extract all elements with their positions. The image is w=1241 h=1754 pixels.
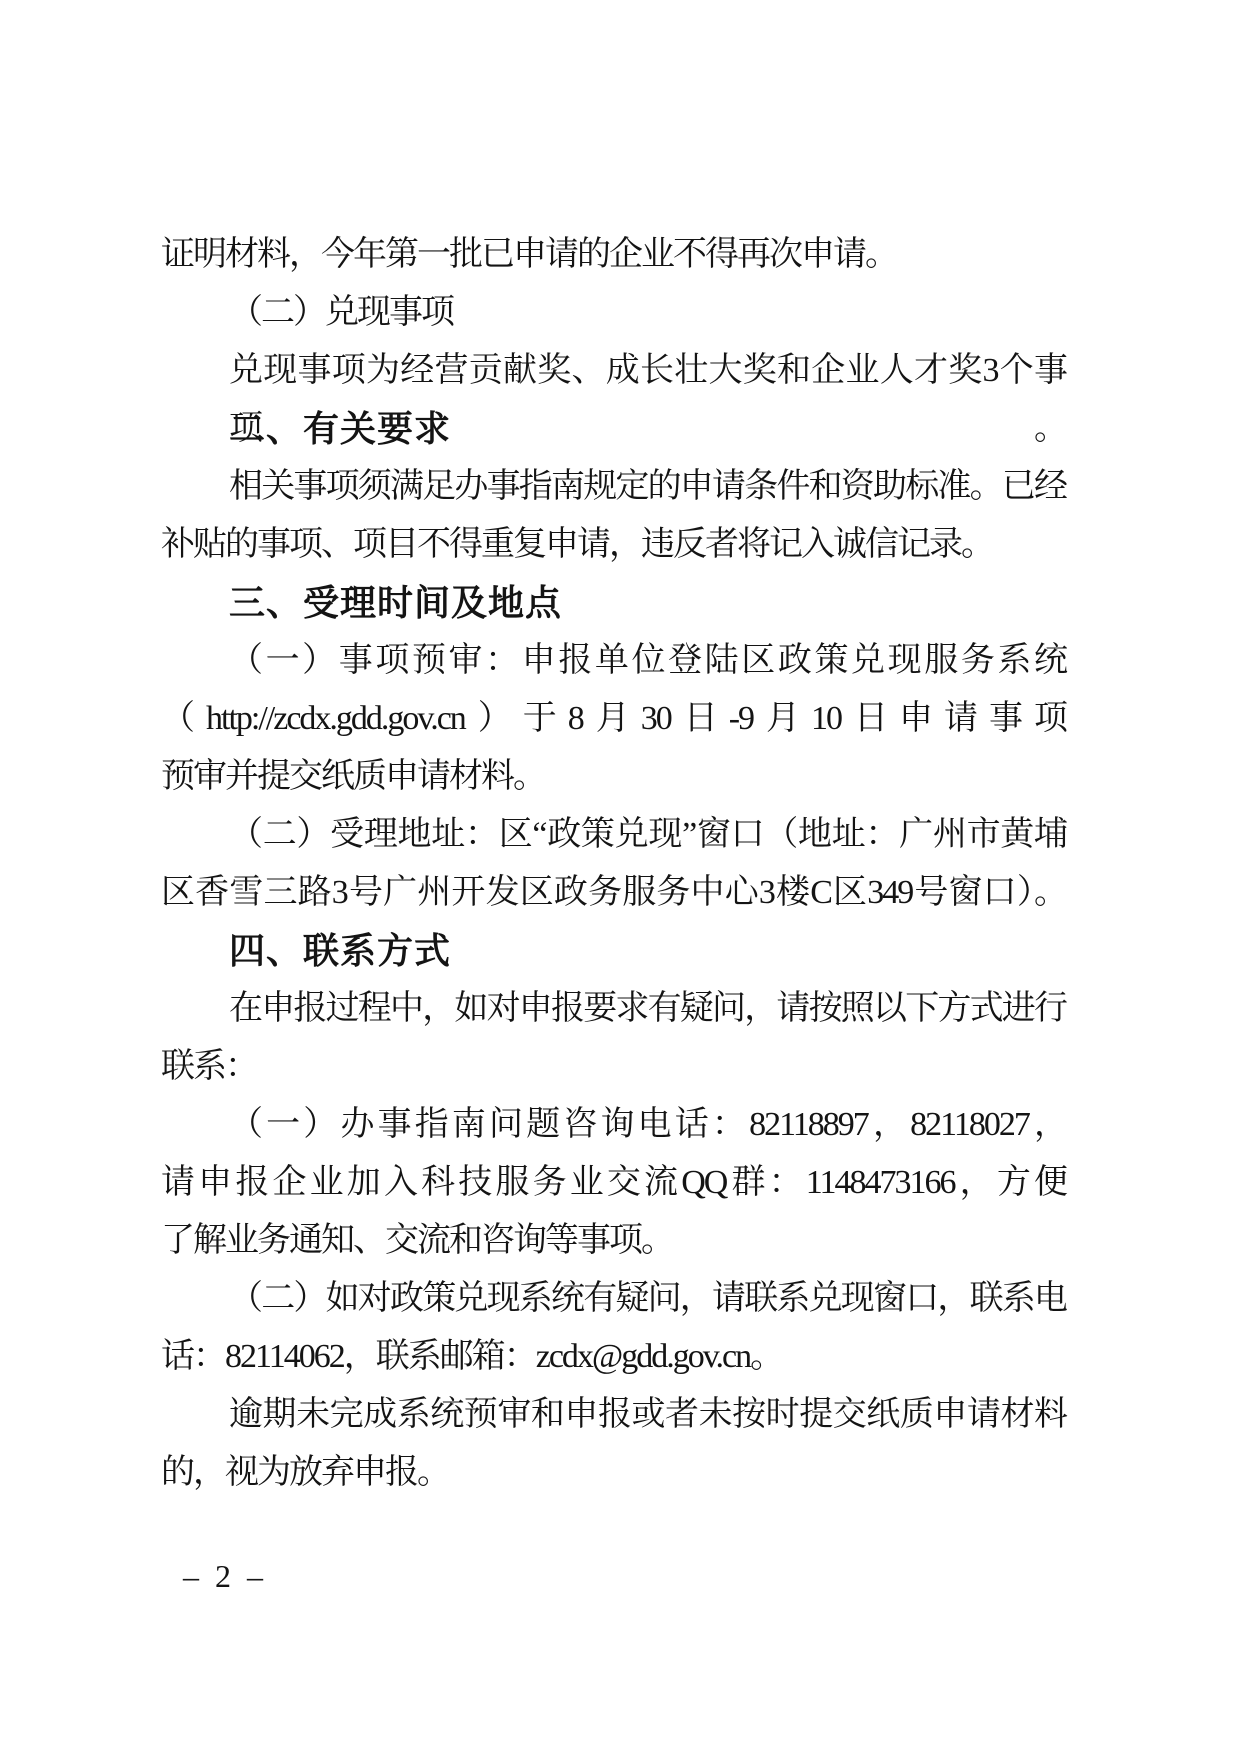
text-line: 逾期未完成系统预审和申报或者未按时提交纸质申请材料	[161, 1386, 1066, 1444]
text-line: 相关事项须满足办事指南规定的申请条件和资助标准。已经	[161, 458, 1066, 516]
text-line: （二）如对政策兑现系统有疑问，请联系兑现窗口，联系电	[161, 1270, 1066, 1328]
text-line: （http://zcdx.gdd.gov.cn）于8月30日-9月10日申请事项	[161, 690, 1066, 748]
text-line: 的，视为放弃申报。	[161, 1444, 1066, 1502]
text-line: 话：82114062，联系邮箱：zcdx@gdd.gov.cn。	[161, 1328, 1066, 1386]
section-heading: 三、受理时间及地点	[161, 574, 1066, 632]
text-line: （一）事项预审：申报单位登陆区政策兑现服务系统	[161, 632, 1066, 690]
text-line: 在申报过程中，如对申报要求有疑问，请按照以下方式进行	[161, 980, 1066, 1038]
document-text-block: 证明材料，今年第一批已申请的企业不得再次申请。 （二）兑现事项 兑现事项为经营贡…	[161, 226, 1066, 1502]
text-line: （二）受理地址：区“政策兑现”窗口（地址：广州市黄埔	[161, 806, 1066, 864]
section-heading: 四、联系方式	[161, 922, 1066, 980]
text-line: 联系：	[161, 1038, 1066, 1096]
text-line: 补贴的事项、项目不得重复申请，违反者将记入诚信记录。	[161, 516, 1066, 574]
text-line: 证明材料，今年第一批已申请的企业不得再次申请。	[161, 226, 1066, 284]
document-page: 证明材料，今年第一批已申请的企业不得再次申请。 （二）兑现事项 兑现事项为经营贡…	[0, 0, 1241, 1754]
page-number: – 2 –	[183, 1558, 267, 1595]
text-line: 了解业务通知、交流和咨询等事项。	[161, 1212, 1066, 1270]
text-line: 请申报企业加入科技服务业交流QQ群：1148473166，方便	[161, 1154, 1066, 1212]
text-line: （二）兑现事项	[161, 284, 1066, 342]
text-line: 预审并提交纸质申请材料。	[161, 748, 1066, 806]
text-line: 兑现事项为经营贡献奖、成长壮大奖和企业人才奖3个事项。	[161, 342, 1066, 400]
text-line: 区香雪三路3号广州开发区政务服务中心3楼C区349号窗口）。	[161, 864, 1066, 922]
text-line: （一）办事指南问题咨询电话：82118897，82118027，	[161, 1096, 1066, 1154]
